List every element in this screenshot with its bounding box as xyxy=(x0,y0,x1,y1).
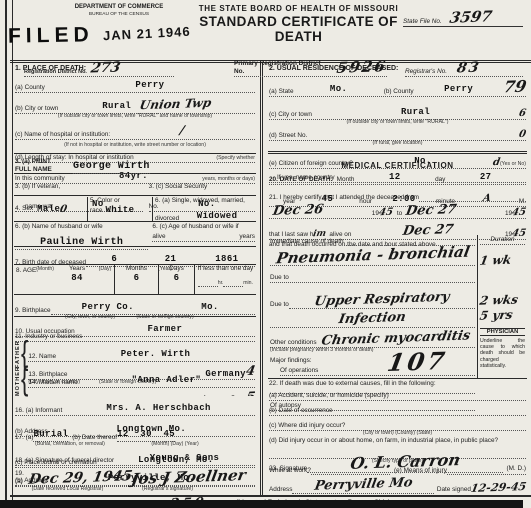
residence-city-hint: (If outside city or town limits, write "… xyxy=(269,120,526,126)
burial-value: Burial xyxy=(33,429,68,439)
section-full-name: 3. (a) PRINTFULL NAME George Wirth xyxy=(14,154,256,174)
place-township-handwritten: Union Twp xyxy=(139,96,213,112)
section-funeral-director: 18. (a) Signature of funeral directorYou… xyxy=(14,446,256,467)
age-days-value: 6 xyxy=(159,273,194,283)
registrar-signature-hint: (Registrar's signature) xyxy=(120,487,215,493)
dept-line1: DEPARTMENT OF COMMERCE xyxy=(44,4,194,12)
color-value: White xyxy=(105,205,134,215)
cause-due2-handwritten-line1: Upper Respiratory xyxy=(313,290,451,310)
dod-day-value: 27 xyxy=(480,172,492,182)
mother-name-value: "Anna Adler" xyxy=(132,375,202,385)
residence-street-hint: (If rural, give location) xyxy=(269,141,526,147)
burial-date-value: 12 30 45 xyxy=(117,429,175,439)
registrar-item-number: 19. (a) xyxy=(15,470,27,486)
scan-edge-bar xyxy=(0,500,523,508)
residence-street-code-mark: 0 xyxy=(518,129,527,140)
residence-city-code-mark: 6 xyxy=(518,108,527,119)
attend-to-label: to xyxy=(397,210,402,218)
section-mother: MOTHER { 14. Maiden name"Anna Adler" 15.… xyxy=(14,368,256,396)
dod-month-label: Month xyxy=(337,176,355,184)
medical-certification-header: MEDICAL CERTIFICATION xyxy=(268,154,527,165)
autopsy-code-mark: 107 xyxy=(385,346,450,377)
section-sex-color-marital: 4. Sex Male 0 5. Color or raceWhite 6. (… xyxy=(14,196,256,222)
place-hospital-label: (c) Name of hospital or institution: xyxy=(15,131,110,139)
section-usual-residence: 2. USUAL RESIDENCE OF DECEASED: (a) Stat… xyxy=(268,64,527,154)
birthplace-state-value: Mo. xyxy=(201,302,218,312)
dept-line2: BUREAU OF THE CENSUS xyxy=(44,12,194,18)
section-place-of-death: 1. PLACE OF DEATH: (a) CountyPerry (b) C… xyxy=(14,64,256,154)
place-title: 1. PLACE OF DEATH: xyxy=(15,65,255,74)
findings-operations-label: Of operations xyxy=(280,367,318,375)
age-months-header: Months xyxy=(115,265,158,273)
sex-label: 4. Sex xyxy=(15,205,33,213)
duration-cause1-handwritten: 1 wk xyxy=(479,252,527,268)
dod-month-value: 12 xyxy=(389,172,401,182)
duration-header: Duration xyxy=(480,236,525,245)
residence-city-value: Rural xyxy=(401,107,430,117)
duration-strip: Duration 1 wk 2 wks 5 yrs PHYSICIAN Unde… xyxy=(477,235,527,378)
physician-signature-handwritten: O. L. Carron xyxy=(349,450,462,473)
attend-fromyear-handwritten: 45 xyxy=(378,207,394,218)
informant-value: Mrs. A. Herschbach xyxy=(106,403,210,413)
spouse-age-unit: years xyxy=(239,233,255,241)
external-d-label: (d) Did injury occur in or about home, o… xyxy=(269,437,526,445)
physician-address-handwritten: Perryville Mo xyxy=(313,475,414,493)
board-title: THE STATE BOARD OF HEALTH OF MISSOURI xyxy=(194,4,403,13)
section-occupation: 10. Usual occupationFarmer xyxy=(14,317,256,330)
spouse-age-label2: alive xyxy=(152,233,165,241)
attend-toyear-handwritten: 45 xyxy=(511,207,527,218)
color-label1: 5. Color or xyxy=(90,197,152,205)
dod-day-label: day xyxy=(435,176,445,184)
physician-label: PHYSICIAN xyxy=(480,328,525,336)
signature-address-label: Address xyxy=(269,486,292,494)
color-label2: race xyxy=(90,207,102,215)
cause-due2-label: Due to xyxy=(270,301,289,309)
marital-label1: 6. (a) Single, widowed, married, xyxy=(155,197,255,205)
residence-state-value: Mo. xyxy=(330,84,347,94)
cause-due2-handwritten-line2: Infection xyxy=(338,310,408,327)
section-veteran-ssn: 3. (b) If veteran, name warNo 3. (c) Soc… xyxy=(14,174,256,196)
right-column: 2. USUAL RESIDENCE OF DECEASED: (a) Stat… xyxy=(263,63,531,495)
section-spouse: 6. (b) Name of husband or wife Pauline W… xyxy=(14,222,256,247)
spouse-age-label1: 6. (c) Age of husband or wife if xyxy=(152,223,255,231)
section-age: 8. AGE: Years84 Months6 Days6 If less th… xyxy=(14,265,256,295)
father-name-value: Peter. Wirth xyxy=(121,349,191,359)
underline-note: Underline the cause to which death shoul… xyxy=(480,338,525,369)
section-father: FATHER { 12. NamePeter. Wirth 13. Birthp… xyxy=(14,342,256,368)
veteran-label1: 3. (b) If veteran, xyxy=(15,183,60,190)
md-label: (M. D.) xyxy=(506,465,526,473)
director-label: 18. (a) Signature of funeral director xyxy=(15,457,114,465)
section-birth-date: 7. Birth date of deceased 6 21 1861 (Mon… xyxy=(14,247,256,265)
state-file-number: 3597 xyxy=(448,7,493,26)
certificate-header: DEPARTMENT OF COMMERCE BUREAU OF THE CEN… xyxy=(0,0,531,60)
birth-month-value: 6 xyxy=(111,254,117,264)
sex-code-mark: 0 xyxy=(59,203,68,214)
residence-county-label: (b) County xyxy=(384,88,414,96)
birth-day-value: 21 xyxy=(165,254,177,264)
signature-label: 23. Signature xyxy=(269,465,307,473)
cause-immediate-label: Immediate cause of death xyxy=(270,238,344,246)
dod-label: 20. DATE OF DEATH: xyxy=(269,176,333,183)
mother-name-label: 14. Maiden name xyxy=(28,379,77,387)
section-attendance: 21. I hereby certify that I attended the… xyxy=(268,191,527,235)
place-city-label: (b) City or town xyxy=(15,105,58,113)
name-label-line2: FULL NAME xyxy=(15,166,52,173)
birthplace-value: Perry Co. xyxy=(82,302,134,312)
father-name-label: 12. Name xyxy=(28,353,56,361)
full-name-value: George Wirth xyxy=(73,161,150,172)
place-city-hint: (If outside city or town limits, write "… xyxy=(15,114,255,120)
residence-county-code-mark: 79 xyxy=(502,76,528,96)
certificate-body: 1. PLACE OF DEATH: (a) CountyPerry (b) C… xyxy=(10,60,531,495)
director-value: Young & Sons xyxy=(150,453,220,463)
residence-city-label: (c) City or town xyxy=(269,111,312,119)
ssn-label1: 3. (c) Social Security xyxy=(149,183,208,190)
name-label-line1: 3. (a) PRINT xyxy=(15,158,51,165)
sex-value: Male xyxy=(37,204,60,214)
left-column: 1. PLACE OF DEATH: (a) CountyPerry (b) C… xyxy=(10,63,263,495)
age-years-header: Years xyxy=(40,265,114,273)
residence-state-label: (a) State xyxy=(269,88,294,96)
external-title: 22. If death was due to external causes,… xyxy=(269,380,526,388)
date-received-hint: (Date received Local Registrar) xyxy=(15,487,120,493)
marital-value: Widowed xyxy=(197,211,238,221)
birth-year-value: 1861 xyxy=(215,254,238,264)
residence-county-value: Perry xyxy=(444,84,473,94)
section-informant: 16. (a) InformantMrs. A. Herschbach (b) … xyxy=(14,396,256,422)
section-burial: 17. (a) Burial (b) Date thereof 12 30 45… xyxy=(14,422,256,446)
state-file-label: State File No. xyxy=(403,18,442,26)
age-less-header: If less than one day xyxy=(195,265,256,273)
attend-to-handwritten: Dec 27 xyxy=(405,202,458,219)
place-hospital-value: / xyxy=(179,123,186,137)
attend-from-handwritten: Dec 26 xyxy=(271,202,324,219)
cause-other-label: Other conditions xyxy=(270,339,317,347)
section-registrar-receipt: 19. (a) Dec 29, 1945 Jos J Zoellner (Dat… xyxy=(14,467,256,493)
residence-street-label: (d) Street No. xyxy=(269,132,307,140)
section-external-causes: 22. If death was due to external causes,… xyxy=(268,378,527,451)
place-city-value: Rural xyxy=(102,101,131,111)
section-cause-of-death: Immediate cause of death Pneumonia - bro… xyxy=(268,235,527,378)
duration-due2-handwritten: 2 wks xyxy=(479,292,527,308)
external-c-label: (c) Where did injury occur? xyxy=(269,422,345,430)
birthplace-label: 9. Birthplace xyxy=(15,307,51,315)
date-signed-label: Date signed xyxy=(437,486,471,494)
place-hospital-hint: (If not in hospital or institution, writ… xyxy=(15,143,255,149)
certificate-title: STANDARD CERTIFICATE OF DEATH xyxy=(194,14,403,44)
cause-due1-label: Due to xyxy=(270,274,289,282)
death-certificate-document: DEPARTMENT OF COMMERCE BUREAU OF THE CEN… xyxy=(0,0,531,508)
date-signed-handwritten: 12-29-45 xyxy=(470,480,528,495)
age-min-label: min. xyxy=(243,281,253,287)
attend-line1: 21. I hereby certify that I attended the… xyxy=(269,194,419,202)
cause-immediate-handwritten: Pneumonia - bronchial xyxy=(274,243,470,268)
filed-stamp: FILED xyxy=(8,23,94,48)
age-days-header: Days xyxy=(159,265,194,273)
registrar-signature-handwritten: Jos J Zoellner xyxy=(130,466,247,488)
date-received-handwritten: Dec 29, 1945 xyxy=(27,468,133,488)
section-birthplace: 9. Birthplace Perry Co. Mo. (City, town,… xyxy=(14,295,256,317)
age-years-value: 84 xyxy=(40,273,114,283)
place-county-label: (a) County xyxy=(15,84,45,92)
place-county-value: Perry xyxy=(135,80,164,90)
age-months-value: 6 xyxy=(115,273,158,283)
section-physician-signature: 23. Signature O. L. Carron (M. D.) Addre… xyxy=(268,451,527,479)
duration-other-handwritten: 5 yrs xyxy=(479,307,527,323)
spouse-label: 6. (b) Name of husband or wife xyxy=(15,223,148,231)
informant-label: 16. (a) Informant xyxy=(15,407,62,415)
external-b-label: (b) Date of occurrence xyxy=(269,407,333,415)
external-a-label: (a) Accident, suicide, or homicide (spec… xyxy=(269,392,389,400)
section-date-of-death: 20. DATE OF DEATH: Month 12 day 27 year … xyxy=(268,165,527,191)
burial-label: 17. (a) xyxy=(15,434,33,442)
residence-title: 2. USUAL RESIDENCE OF DECEASED: xyxy=(269,65,526,74)
age-label: 8. AGE: xyxy=(14,265,40,294)
section-industry: 11. Industry or business xyxy=(14,330,256,342)
